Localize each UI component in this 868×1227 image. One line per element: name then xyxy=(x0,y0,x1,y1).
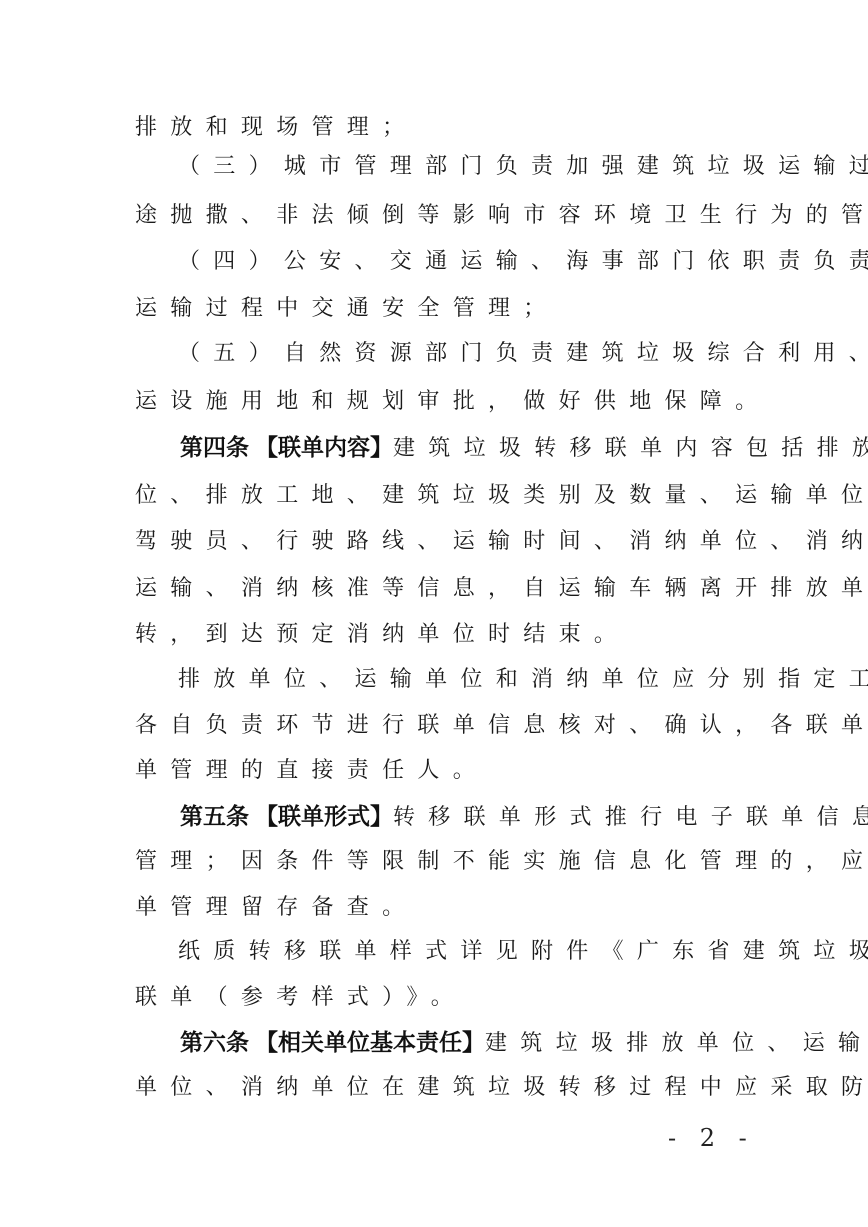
article-text: 建筑垃圾转移联单内容包括排放单 xyxy=(393,436,868,461)
article-number: 第五条 xyxy=(180,804,249,830)
article-number: 第四条 xyxy=(180,435,249,461)
text-line: 各自负责环节进行联单信息核对、确认，各联单确认人是联 xyxy=(135,711,868,741)
text-line: （四）公安、交通运输、海事部门依职责负责建筑垃圾 xyxy=(178,247,868,277)
text-line: 运输过程中交通安全管理； xyxy=(135,294,559,324)
article-title: 【联单形式】 xyxy=(255,804,393,830)
article-title: 【联单内容】 xyxy=(255,435,393,461)
text-line: 单位、消纳单位在建筑垃圾转移过程中应采取防扬散、防流 xyxy=(135,1073,868,1103)
article-6-line: 第六条【相关单位基本责任】建筑垃圾排放单位、运输 xyxy=(180,1028,868,1058)
article-title: 【相关单位基本责任】 xyxy=(255,1030,485,1056)
text-line: 纸质转移联单样式详见附件《广东省建筑垃圾纸质转移 xyxy=(178,937,868,967)
text-line: （三）城市管理部门负责加强建筑垃圾运输过程中沿 xyxy=(178,152,868,182)
text-line: 排放单位、运输单位和消纳单位应分别指定工作人员在 xyxy=(178,665,868,695)
text-line: 转，到达预定消纳单位时结束。 xyxy=(135,620,629,650)
text-line: （五）自然资源部门负责建筑垃圾综合利用、消纳、转 xyxy=(178,339,868,369)
text-line: 位、排放工地、建筑垃圾类别及数量、运输单位、运输工具、 xyxy=(135,481,868,511)
text-line: 管理；因条件等限制不能实施信息化管理的，应采取纸质联 xyxy=(135,847,868,877)
text-line: 单管理的直接责任人。 xyxy=(135,756,488,786)
article-4-line: 第四条【联单内容】建筑垃圾转移联单内容包括排放单 xyxy=(180,433,868,463)
text-line: 运设施用地和规划审批，做好供地保障。 xyxy=(135,387,770,417)
article-text: 转移联单形式推行电子联单信息化 xyxy=(393,805,868,830)
text-line: 排放和现场管理； xyxy=(135,113,417,143)
article-number: 第六条 xyxy=(180,1030,249,1056)
text-line: 单管理留存备查。 xyxy=(135,893,417,923)
text-line: 联单（参考样式）》。 xyxy=(135,983,466,1013)
text-line: 运输、消纳核准等信息，自运输车辆离开排放单位时开始运 xyxy=(135,574,868,604)
page-number: - 2 - xyxy=(668,1124,755,1152)
text-line: 途抛撒、非法倾倒等影响市容环境卫生行为的管理； xyxy=(135,201,868,231)
document-page: 排放和现场管理； （三）城市管理部门负责加强建筑垃圾运输过程中沿 途抛撒、非法倾… xyxy=(0,0,868,1227)
text-line: 驾驶员、行驶路线、运输时间、消纳单位、消纳方式和排放、 xyxy=(135,527,868,557)
article-5-line: 第五条【联单形式】转移联单形式推行电子联单信息化 xyxy=(180,802,868,832)
article-text: 建筑垃圾排放单位、运输 xyxy=(485,1031,868,1056)
